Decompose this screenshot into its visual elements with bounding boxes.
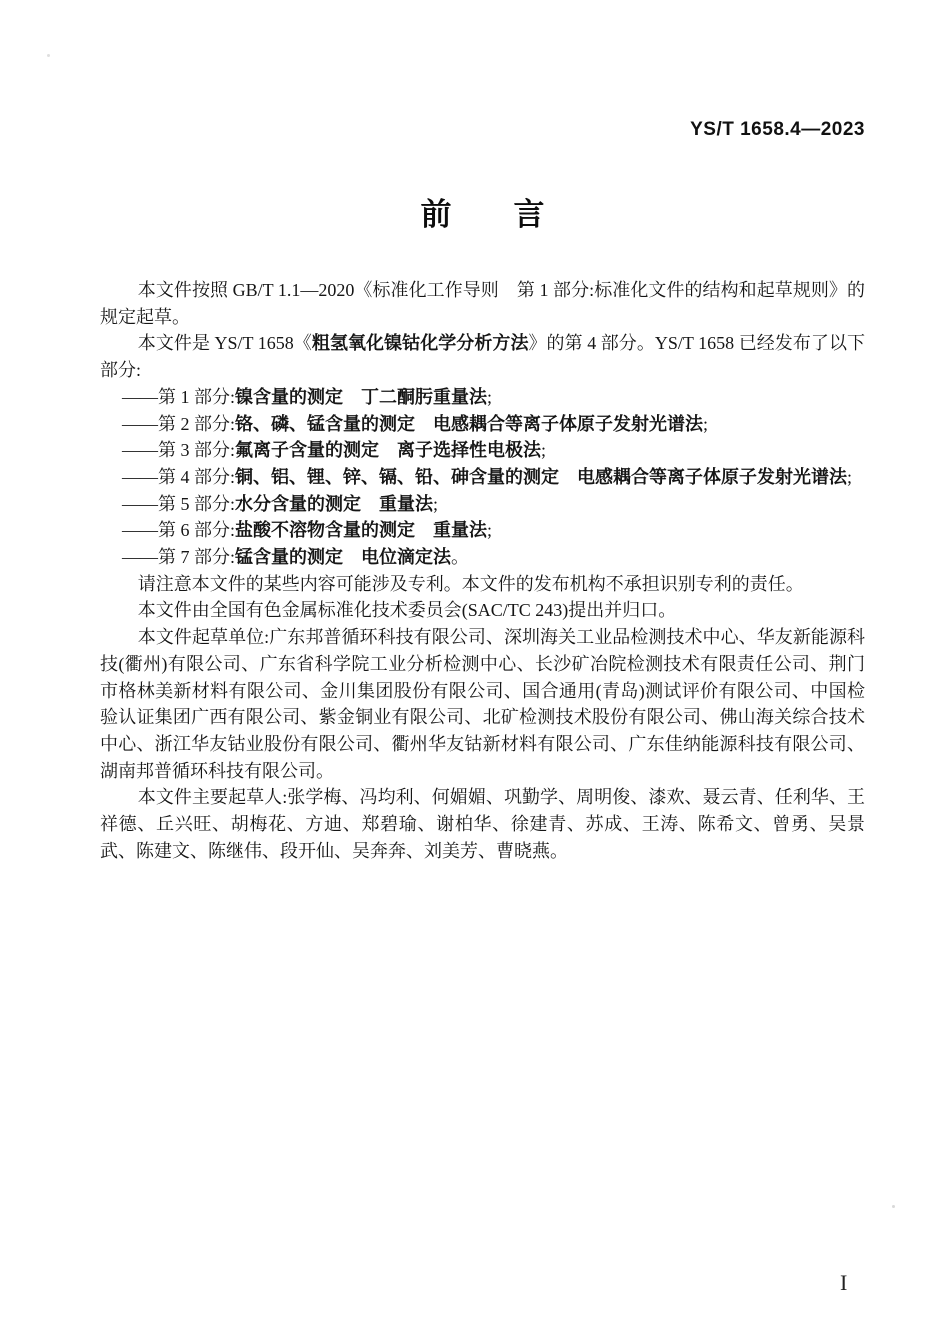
part-title: 铬、磷、锰含量的测定 电感耦合等离子体原子发射光谱法 <box>235 414 703 434</box>
page-number: I <box>840 1270 847 1296</box>
list-item-part-1: ——第 1 部分:镍含量的测定 丁二酮肟重量法; <box>100 384 865 411</box>
part-tail: ; <box>487 520 492 540</box>
paragraph-drafters: 本文件主要起草人:张学梅、冯均利、何媚媚、巩勤学、周明俊、漆欢、聂云青、任利华、… <box>100 784 865 864</box>
list-item-part-2: ——第 2 部分:铬、磷、锰含量的测定 电感耦合等离子体原子发射光谱法; <box>100 411 865 438</box>
part-tail: ; <box>703 414 708 434</box>
part-tail: ; <box>487 387 492 407</box>
paragraph-drafting-organizations: 本文件起草单位:广东邦普循环科技有限公司、深圳海关工业品检测技术中心、华友新能源… <box>100 624 865 784</box>
paragraph-series-intro: 本文件是 YS/T 1658《粗氢氧化镍钴化学分析方法》的第 4 部分。YS/T… <box>100 330 865 383</box>
part-label: ——第 6 部分: <box>122 520 235 540</box>
part-title: 水分含量的测定 重量法 <box>235 494 433 514</box>
scan-speck <box>892 1205 895 1208</box>
part-title: 铜、铝、锂、锌、镉、铅、砷含量的测定 电感耦合等离子体原子发射光谱法 <box>235 467 847 487</box>
list-item-part-6: ——第 6 部分:盐酸不溶物含量的测定 重量法; <box>100 517 865 544</box>
part-tail: 。 <box>451 547 469 567</box>
document-page: YS/T 1658.4—2023 前 言 本文件按照 GB/T 1.1—2020… <box>0 0 950 1344</box>
part-title: 锰含量的测定 电位滴定法 <box>235 547 451 567</box>
page-title: 前 言 <box>100 196 865 233</box>
list-item-part-5: ——第 5 部分:水分含量的测定 重量法; <box>100 491 865 518</box>
paragraph-drafting-rules: 本文件按照 GB/T 1.1—2020《标准化工作导则 第 1 部分:标准化文件… <box>100 277 865 330</box>
part-label: ——第 7 部分: <box>122 547 235 567</box>
part-tail: ; <box>433 494 438 514</box>
list-item-part-7: ——第 7 部分:锰含量的测定 电位滴定法。 <box>100 544 865 571</box>
series-intro-prefix: 本文件是 YS/T 1658《 <box>138 333 312 353</box>
paragraph-patent-notice: 请注意本文件的某些内容可能涉及专利。本文件的发布机构不承担识别专利的责任。 <box>100 571 865 598</box>
part-label: ——第 4 部分: <box>122 467 235 487</box>
part-label: ——第 2 部分: <box>122 414 235 434</box>
part-tail: ; <box>847 467 852 487</box>
part-title: 镍含量的测定 丁二酮肟重量法 <box>235 387 487 407</box>
series-title: 粗氢氧化镍钴化学分析方法 <box>312 333 529 353</box>
part-label: ——第 3 部分: <box>122 440 235 460</box>
paragraph-issuer: 本文件由全国有色金属标准化技术委员会(SAC/TC 243)提出并归口。 <box>100 597 865 624</box>
part-tail: ; <box>541 440 546 460</box>
standard-number: YS/T 1658.4—2023 <box>690 119 865 141</box>
list-item-part-3: ——第 3 部分:氟离子含量的测定 离子选择性电极法; <box>100 437 865 464</box>
part-label: ——第 1 部分: <box>122 387 235 407</box>
part-label: ——第 5 部分: <box>122 494 235 514</box>
list-item-part-4: ——第 4 部分:铜、铝、锂、锌、镉、铅、砷含量的测定 电感耦合等离子体原子发射… <box>100 464 865 491</box>
part-title: 盐酸不溶物含量的测定 重量法 <box>235 520 487 540</box>
scan-speck <box>47 54 50 57</box>
foreword-body: 本文件按照 GB/T 1.1—2020《标准化工作导则 第 1 部分:标准化文件… <box>100 277 865 864</box>
part-title: 氟离子含量的测定 离子选择性电极法 <box>235 440 541 460</box>
